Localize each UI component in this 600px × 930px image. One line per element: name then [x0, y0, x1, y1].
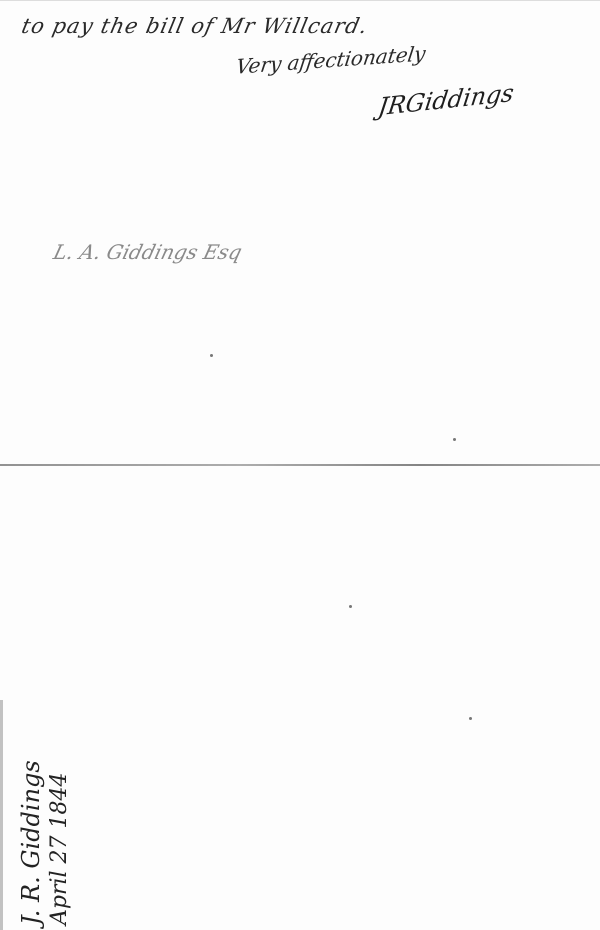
docket-annotation: J. R. Giddings April 27 1844 [17, 715, 77, 925]
docket-name: J. R. Giddings [17, 760, 45, 925]
page-edge [0, 0, 600, 1]
letter-closing: Very affectionately [235, 41, 428, 79]
signature: JRGiddings [376, 79, 515, 122]
letter-body-line: to pay the bill of Mr Willcard. [19, 14, 370, 38]
fold-line [0, 464, 600, 466]
letter-page: to pay the bill of Mr Willcard. Very aff… [0, 0, 600, 930]
paper-speck [210, 354, 213, 357]
paper-speck [469, 717, 472, 720]
addressee-note: L. A. Giddings Esq [51, 240, 244, 264]
paper-speck [349, 605, 352, 608]
paper-speck [453, 438, 456, 441]
docket-date: April 27 1844 [47, 772, 72, 925]
left-edge-shadow [0, 700, 3, 930]
